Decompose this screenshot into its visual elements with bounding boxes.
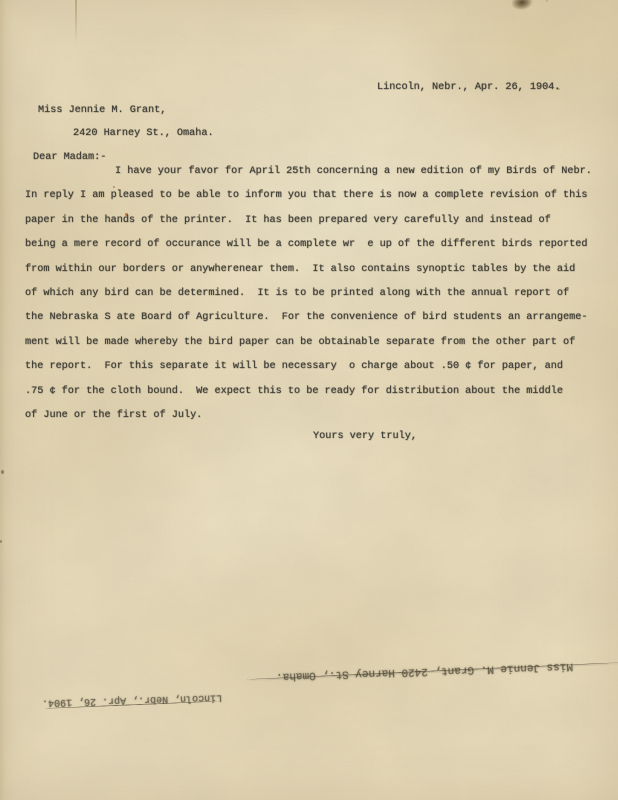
body-line: In reply I am pleased to be able to info… xyxy=(25,184,605,208)
body-line: from within our borders or anywherenear … xyxy=(25,258,605,282)
crease-line-top-left xyxy=(75,0,77,44)
body-line: of which any bird can be determined. It … xyxy=(25,282,605,306)
body-line: ment will be made whereby the bird paper… xyxy=(25,331,605,355)
body-line: paper in the hands of the printer. It ha… xyxy=(25,209,605,233)
body-line: I have your favor for April 25th concern… xyxy=(25,160,605,184)
body-line: the report. For this separate it will be… xyxy=(25,355,605,379)
dateline: Lincoln, Nebr., Apr. 26, 1904. xyxy=(377,82,560,93)
body-line: .75 ¢ for the cloth bound. We expect thi… xyxy=(25,380,605,404)
body-line: of June or the first of July. xyxy=(25,404,605,428)
edge-fleck xyxy=(0,540,2,543)
crease-line-top-right xyxy=(546,0,564,2)
recipient-address: 2420 Harney St., Omaha. xyxy=(73,128,214,139)
recipient-name: Miss Jennie M. Grant, xyxy=(38,105,166,116)
edge-fleck xyxy=(1,470,4,474)
scanned-letter-page: Lincoln, Nebr., Apr. 26, 1904. Miss Jenn… xyxy=(0,0,618,800)
body-line: the Nebraska S ate Board of Agriculture.… xyxy=(25,306,605,330)
letter-body: I have your favor for April 25th concern… xyxy=(25,160,605,428)
ink-stain xyxy=(510,0,534,11)
body-line: being a mere record of occurance will be… xyxy=(25,233,605,257)
closing-line: Yours very truly, xyxy=(313,431,417,442)
